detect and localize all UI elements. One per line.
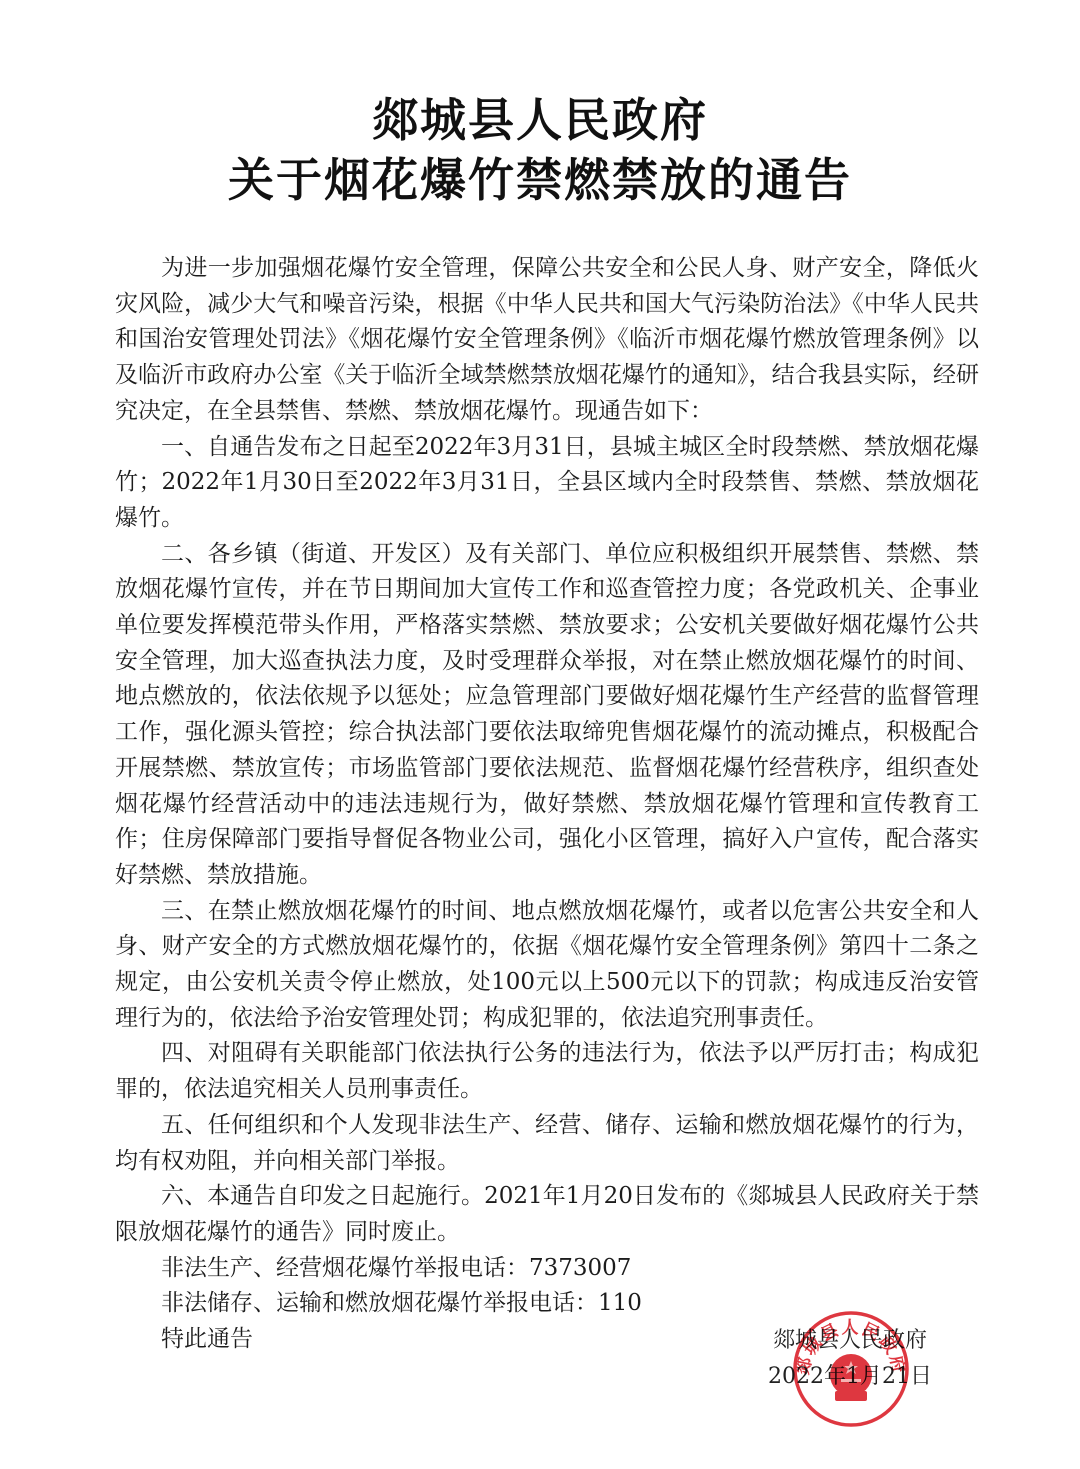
preamble-paragraph: 为进一步加强烟花爆竹安全管理，保障公共安全和公民人身、财产安全，降低火灾风险，减… (115, 251, 979, 430)
hotline-production-number: 7373007 (529, 1255, 631, 1281)
clause-4-paragraph: 四、对阻碍有关职能部门依法执行公务的违法行为，依法予以严厉打击；构成犯罪的，依法… (115, 1036, 979, 1107)
clause-3-paragraph: 三、在禁止燃放烟花爆竹的时间、地点燃放烟花爆竹，或者以危害公共安全和人身、财产安… (115, 894, 979, 1037)
document-title-issuer: 郯城县人民政府 (0, 92, 1080, 148)
hotline-production-label: 非法生产、经营烟花爆竹举报电话： (161, 1255, 529, 1281)
official-seal-icon: 郯城县人民政府 (791, 1309, 911, 1429)
hotline-storage-number: 110 (598, 1290, 642, 1316)
document-title-subject: 关于烟花爆竹禁燃禁放的通告 (0, 152, 1080, 208)
clause-1-paragraph: 一、自通告发布之日起至2022年3月31日，县城主城区全时段禁燃、禁放烟花爆竹；… (115, 430, 979, 537)
clause-6-paragraph: 六、本通告自印发之日起施行。2021年1月20日发布的《郯城县人民政府关于禁限放… (115, 1179, 979, 1250)
clause-5-paragraph: 五、任何组织和个人发现非法生产、经营、储存、运输和燃放烟花爆竹的行为，均有权劝阻… (115, 1108, 979, 1179)
clause-2-paragraph: 二、各乡镇（街道、开发区）及有关部门、单位应积极组织开展禁售、禁燃、禁放烟花爆竹… (115, 537, 979, 894)
document-body: 为进一步加强烟花爆竹安全管理，保障公共安全和公民人身、财产安全，降低火灾风险，减… (115, 251, 979, 1358)
hotline-production: 非法生产、经营烟花爆竹举报电话：7373007 (115, 1251, 979, 1287)
hotline-storage-label: 非法储存、运输和燃放烟花爆竹举报电话： (161, 1290, 598, 1316)
